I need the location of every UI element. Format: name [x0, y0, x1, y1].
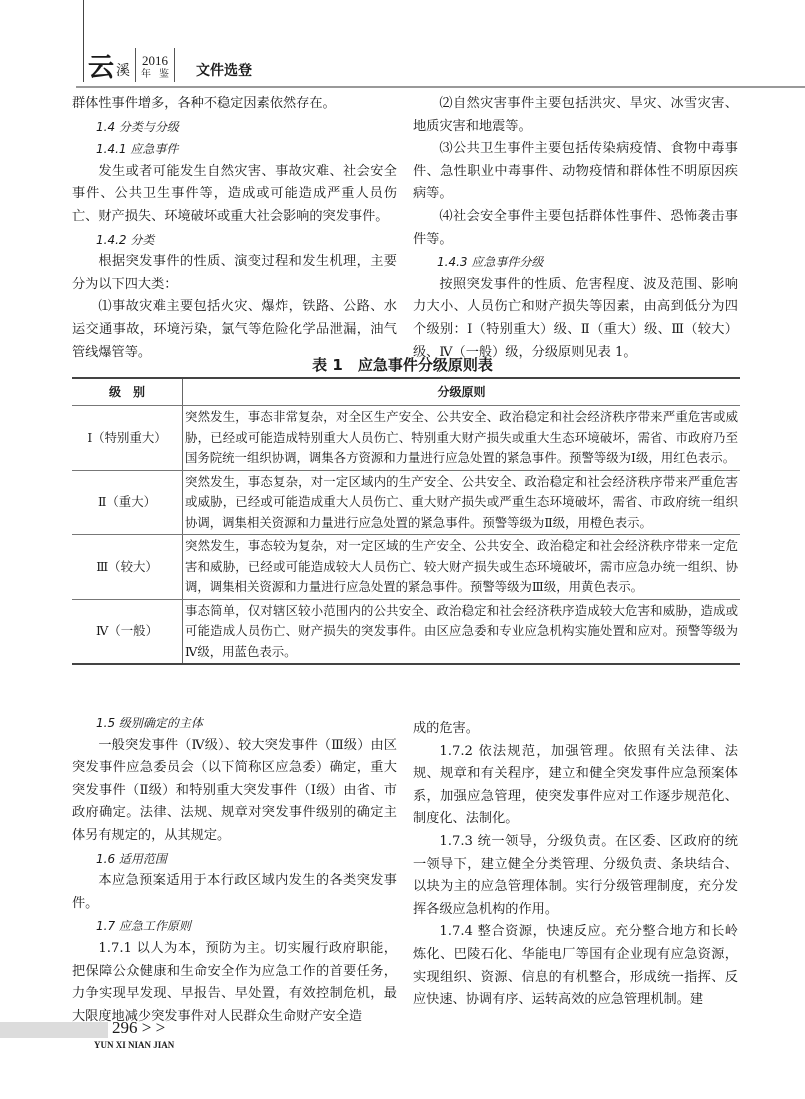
paragraph: 发生或者可能发生自然灾害、事故灾难、社会安全事件、公共卫生事件等，造成或可能造成… [72, 161, 397, 229]
section-heading: 1.4.3 应急事件分级 [413, 251, 738, 274]
yearbook-word: 年鉴 [141, 68, 177, 82]
level-cell: Ⅳ（一般） [72, 599, 183, 664]
footer-bar [0, 1022, 108, 1038]
paragraph: 根据突发事件的性质、演变过程和发生机理，主要分为以下四大类： [72, 251, 397, 296]
grading-table: 级 别 分级原则 Ⅰ（特别重大） 突然发生，事态非常复杂，对全区生产安全、公共安… [72, 377, 740, 665]
header-level: 级 别 [72, 378, 183, 406]
table-row: Ⅲ（较大） 突然发生，事态较为复杂，对一定区域的生产安全、公共安全、政治稳定和社… [72, 535, 740, 600]
table-header-row: 级 别 分级原则 [72, 378, 740, 406]
column-bottom-left: 1.5 级别确定的主体一般突发事件（Ⅳ级）、较大突发事件（Ⅲ级）由区突发事件应急… [72, 712, 397, 1028]
section-heading: 1.6 适用范围 [72, 848, 397, 871]
year: 2016 [142, 54, 168, 68]
paragraph: 1.7.4 整合资源，快速反应。充分整合地方和长岭炼化、巴陵石化、华能电厂等国有… [413, 921, 738, 1011]
section-heading: 1.5 级别确定的主体 [72, 712, 397, 735]
column-top-left: 群体性事件增多，各种不稳定因素依然存在。1.4 分类与分级1.4.1 应急事件发… [72, 93, 397, 364]
paragraph: 按照突发事件的性质、危害程度、波及范围、影响力大小、人员伤亡和财产损失等因素，由… [413, 274, 738, 364]
paragraph: ⑶公共卫生事件主要包括传染病疫情、食物中毒事件、急性职业中毒事件、动物疫情和群体… [413, 138, 738, 206]
table-title: 表 1 应急事件分级原则表 [0, 354, 805, 375]
running-header: 云 溪 2016 年鉴 文件选登 [88, 50, 252, 82]
level-cell: Ⅲ（较大） [72, 535, 183, 600]
header-rule [76, 86, 805, 88]
level-cell: Ⅱ（重大） [72, 470, 183, 535]
section-heading: 1.4.2 分类 [72, 229, 397, 252]
paragraph: ⑵自然灾害事件主要包括洪灾、旱灾、冰雪灾害、地质灾害和地震等。 [413, 93, 738, 138]
section-heading: 1.4 分类与分级 [72, 116, 397, 139]
yearbook-label: 2016 年鉴 [141, 54, 169, 82]
principle-cell: 突然发生，事态复杂，对一定区域内的生产安全、公共安全、政治稳定和社会经济秩序带来… [183, 470, 741, 535]
column-bottom-right: 成的危害。1.7.2 依法规范，加强管理。依照有关法律、法规、规章和有关程序，建… [413, 718, 738, 1012]
paragraph: 1.7.1 以人为本，预防为主。切实履行政府职能，把保障公众健康和生命安全作为应… [72, 938, 397, 1028]
header-vertical-rule [83, 0, 84, 82]
paragraph: 1.7.2 依法规范，加强管理。依照有关法律、法规、规章和有关程序，建立和健全突… [413, 741, 738, 831]
section-title: 文件选登 [196, 60, 252, 82]
table-row: Ⅱ（重大） 突然发生，事态复杂，对一定区域内的生产安全、公共安全、政治稳定和社会… [72, 470, 740, 535]
page-number: 296 > > [112, 1018, 165, 1038]
header-separator [174, 48, 175, 82]
paragraph: 群体性事件增多，各种不稳定因素依然存在。 [72, 93, 397, 116]
paragraph: ⑷社会安全事件主要包括群体性事件、恐怖袭击事件等。 [413, 206, 738, 251]
principle-cell: 突然发生，事态非常复杂，对全区生产安全、公共安全、政治稳定和社会经济秩序带来严重… [183, 406, 741, 471]
column-top-right: ⑵自然灾害事件主要包括洪灾、旱灾、冰雪灾害、地质灾害和地震等。⑶公共卫生事件主要… [413, 93, 738, 364]
header-principle: 分级原则 [183, 378, 741, 406]
principle-cell: 事态简单，仅对辖区较小范围内的公共安全、政治稳定和社会经济秩序造成较大危害和威胁… [183, 599, 741, 664]
principle-cell: 突然发生，事态较为复杂，对一定区域的生产安全、公共安全、政治稳定和社会经济秩序带… [183, 535, 741, 600]
section-heading: 1.4.1 应急事件 [72, 138, 397, 161]
paragraph: 成的危害。 [413, 718, 738, 741]
header-separator [135, 48, 136, 82]
table-row: Ⅳ（一般） 事态简单，仅对辖区较小范围内的公共安全、政治稳定和社会经济秩序造成较… [72, 599, 740, 664]
level-cell: Ⅰ（特别重大） [72, 406, 183, 471]
logo-main-char: 云 [88, 54, 114, 82]
table-row: Ⅰ（特别重大） 突然发生，事态非常复杂，对全区生产安全、公共安全、政治稳定和社会… [72, 406, 740, 471]
paragraph: 1.7.3 统一领导，分级负责。在区委、区政府的统一领导下，建立健全分类管理、分… [413, 831, 738, 921]
paragraph: 本应急预案适用于本行政区域内发生的各类突发事件。 [72, 870, 397, 915]
paragraph: 一般突发事件（Ⅳ级）、较大突发事件（Ⅲ级）由区突发事件应急委员会（以下简称区应急… [72, 735, 397, 848]
publication-name: YUN XI NIAN JIAN [94, 1040, 174, 1050]
logo-sub-char: 溪 [116, 60, 130, 82]
section-heading: 1.7 应急工作原则 [72, 915, 397, 938]
